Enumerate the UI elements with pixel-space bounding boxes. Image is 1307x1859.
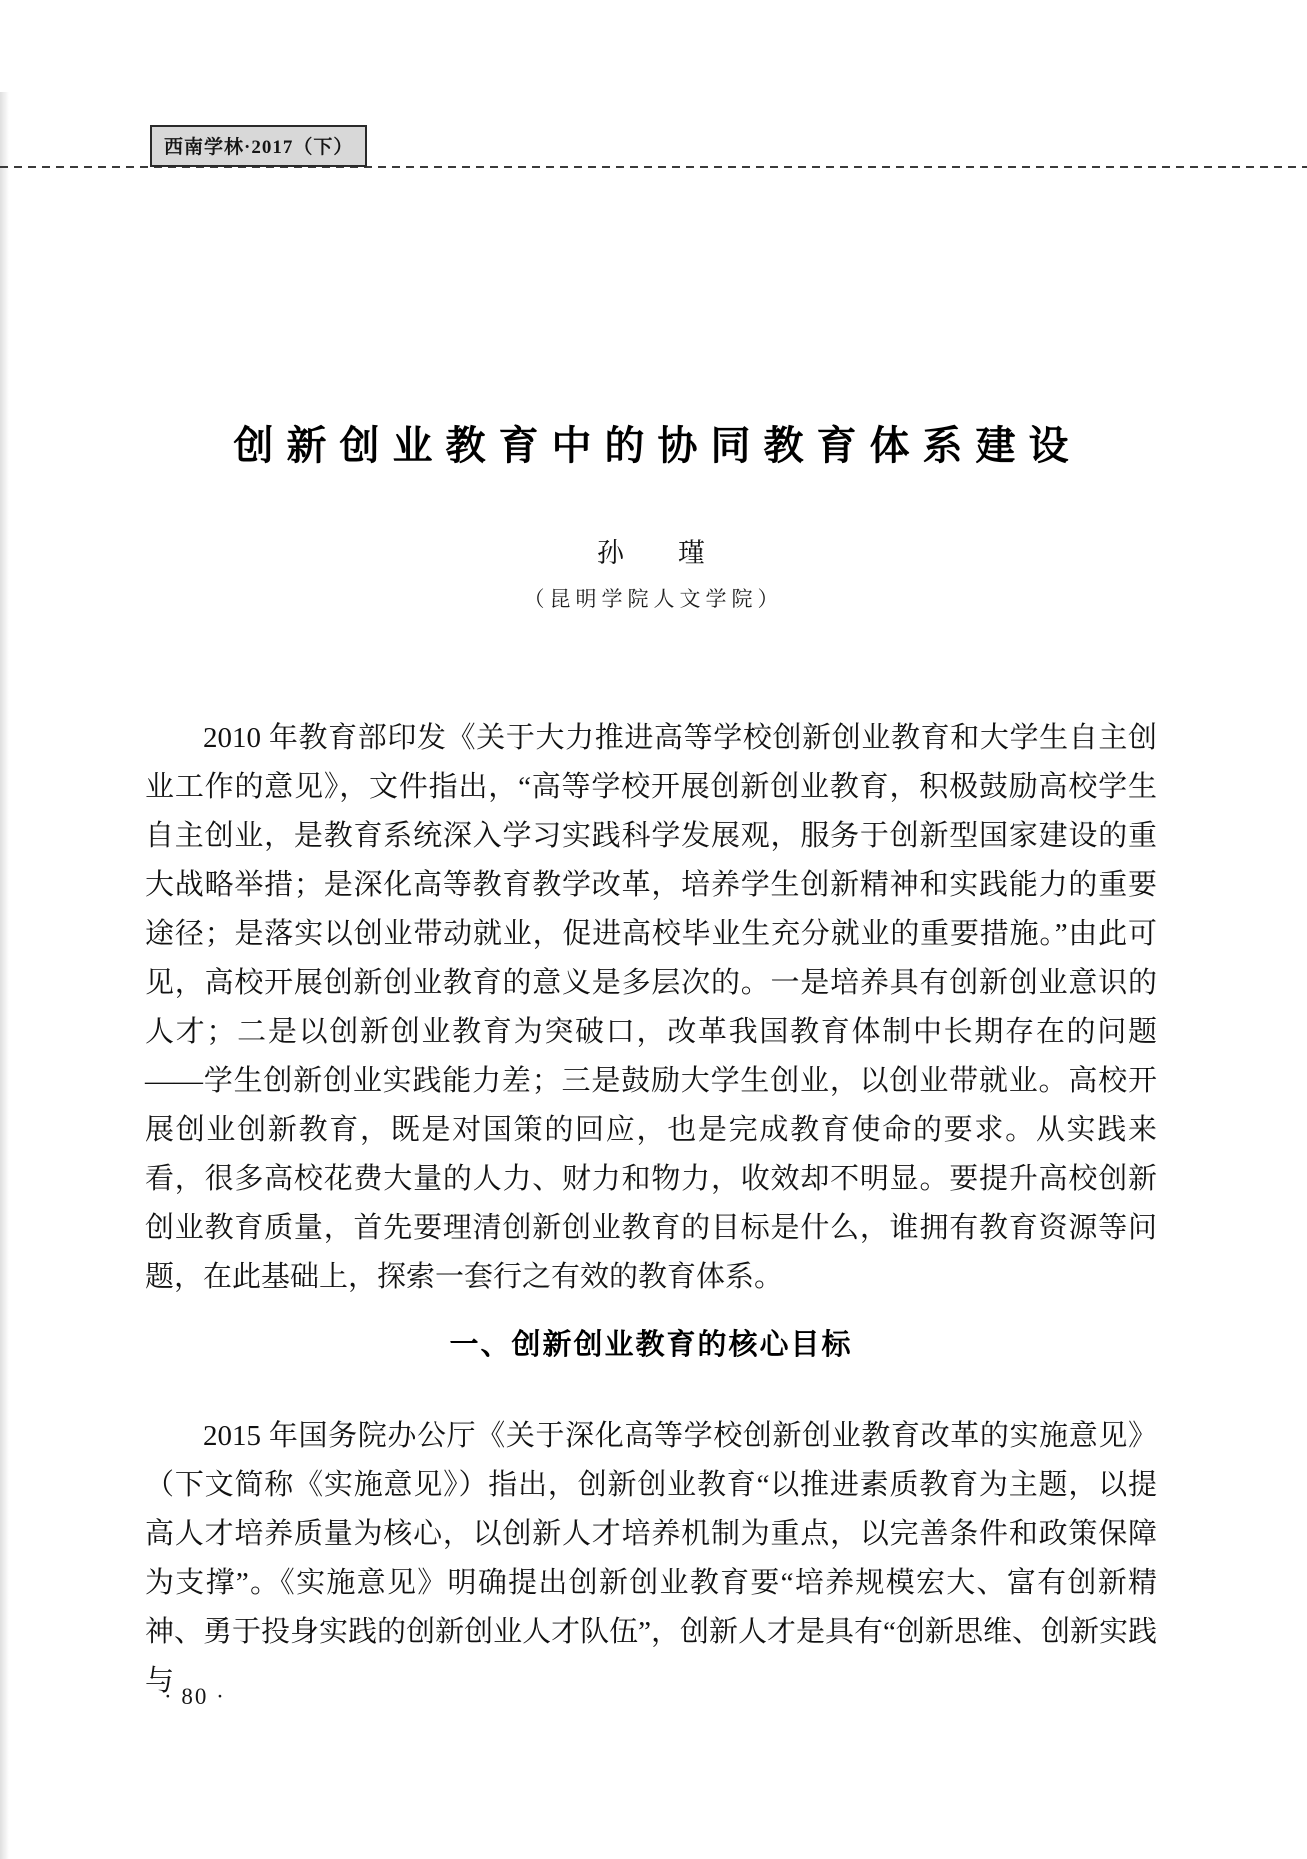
journal-header-badge: 西南学林·2017（下） <box>150 125 367 167</box>
article-title: 创新创业教育中的协同教育体系建设 <box>145 414 1157 471</box>
section-1-heading: 一、创新创业教育的核心目标 <box>145 1322 1157 1363</box>
journal-header-label: 西南学林·2017（下） <box>164 137 353 158</box>
intro-paragraph: 2010 年教育部印发《关于大力推进高等学校创新创业教育和大学生自主创业工作的意… <box>145 714 1157 1302</box>
article-affiliation: （昆明学院人文学院） <box>145 583 1157 613</box>
section-1-paragraph: 2015 年国务院办公厅《关于深化高等学校创新创业教育改革的实施意见》（下文简称… <box>145 1412 1157 1706</box>
article-author: 孙 瑾 <box>145 531 1157 570</box>
scan-edge-shadow <box>0 92 9 1859</box>
page-number: · 80 · <box>164 1684 226 1710</box>
document-page: 西南学林·2017（下） 创新创业教育中的协同教育体系建设 孙 瑾 （昆明学院人… <box>0 0 1307 1859</box>
